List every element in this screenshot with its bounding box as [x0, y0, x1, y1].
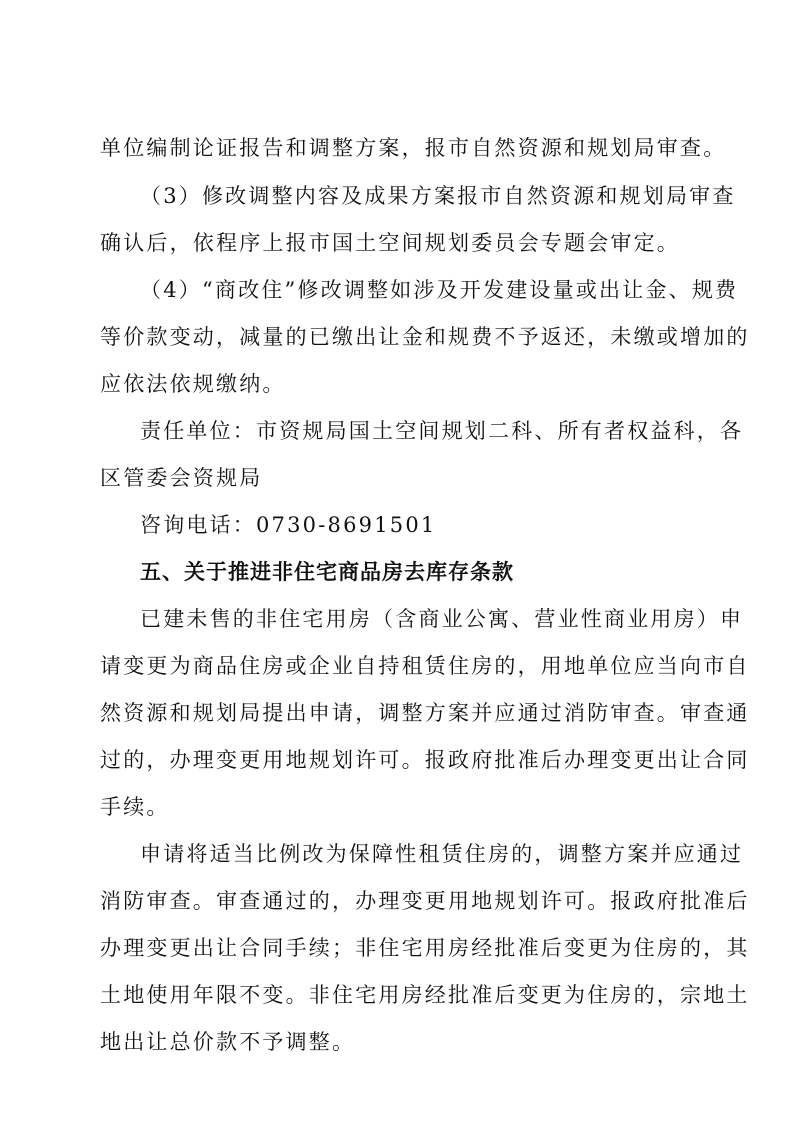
paragraph-line: 请变更为商品住房或企业自持租赁住房的，用地单位应当向市自	[100, 652, 750, 680]
responsible-unit-line: 区管委会资规局	[100, 464, 262, 492]
paragraph-line: 办理变更出让合同手续；非住宅用房经批准后变更为住房的，其	[100, 934, 750, 962]
paragraph-line: 地出让总价款不予调整。	[100, 1028, 355, 1056]
paragraph-line: 过的，办理变更用地规划许可。报政府批准后办理变更出让合同	[100, 746, 750, 774]
paragraph-line: 申请将适当比例改为保障性租赁住房的，调整方案并应通过	[140, 840, 743, 868]
paragraph-line: 消防审查。审查通过的，办理变更用地规划许可。报政府批准后	[100, 887, 750, 915]
paragraph-line: 手续。	[100, 793, 170, 821]
paragraph-line: 已建未售的非住宅用房（含商业公寓、营业性商业用房）申	[140, 605, 743, 633]
paragraph-line: 确认后，依程序上报市国土空间规划委员会专题会审定。	[100, 229, 680, 257]
paragraph-line: 单位编制论证报告和调整方案，报市自然资源和规划局审查。	[100, 134, 726, 162]
document-page: 单位编制论证报告和调整方案，报市自然资源和规划局审查。 （3）修改调整内容及成果…	[0, 0, 793, 1122]
paragraph-line: 等价款变动，减量的已缴出让金和规费不予返还，未缴或增加的	[100, 323, 750, 351]
section-heading: 五、关于推进非住宅商品房去库存条款	[140, 558, 514, 586]
contact-phone: 咨询电话：0730-8691501	[140, 511, 436, 539]
paragraph-line: 然资源和规划局提出申请，调整方案并应通过消防审查。审查通	[100, 699, 750, 727]
paragraph-line: 应依法依规缴纳。	[100, 370, 286, 398]
responsible-unit-line: 责任单位：市资规局国土空间规划二科、所有者权益科，各	[140, 417, 743, 445]
paragraph-line: 土地使用年限不变。非住宅用房经批准后变更为住房的，宗地土	[100, 981, 750, 1009]
paragraph-line: （3）修改调整内容及成果方案报市自然资源和规划局审查	[140, 182, 736, 210]
paragraph-line: （4）“商改住”修改调整如涉及开发建设量或出让金、规费	[140, 276, 738, 304]
